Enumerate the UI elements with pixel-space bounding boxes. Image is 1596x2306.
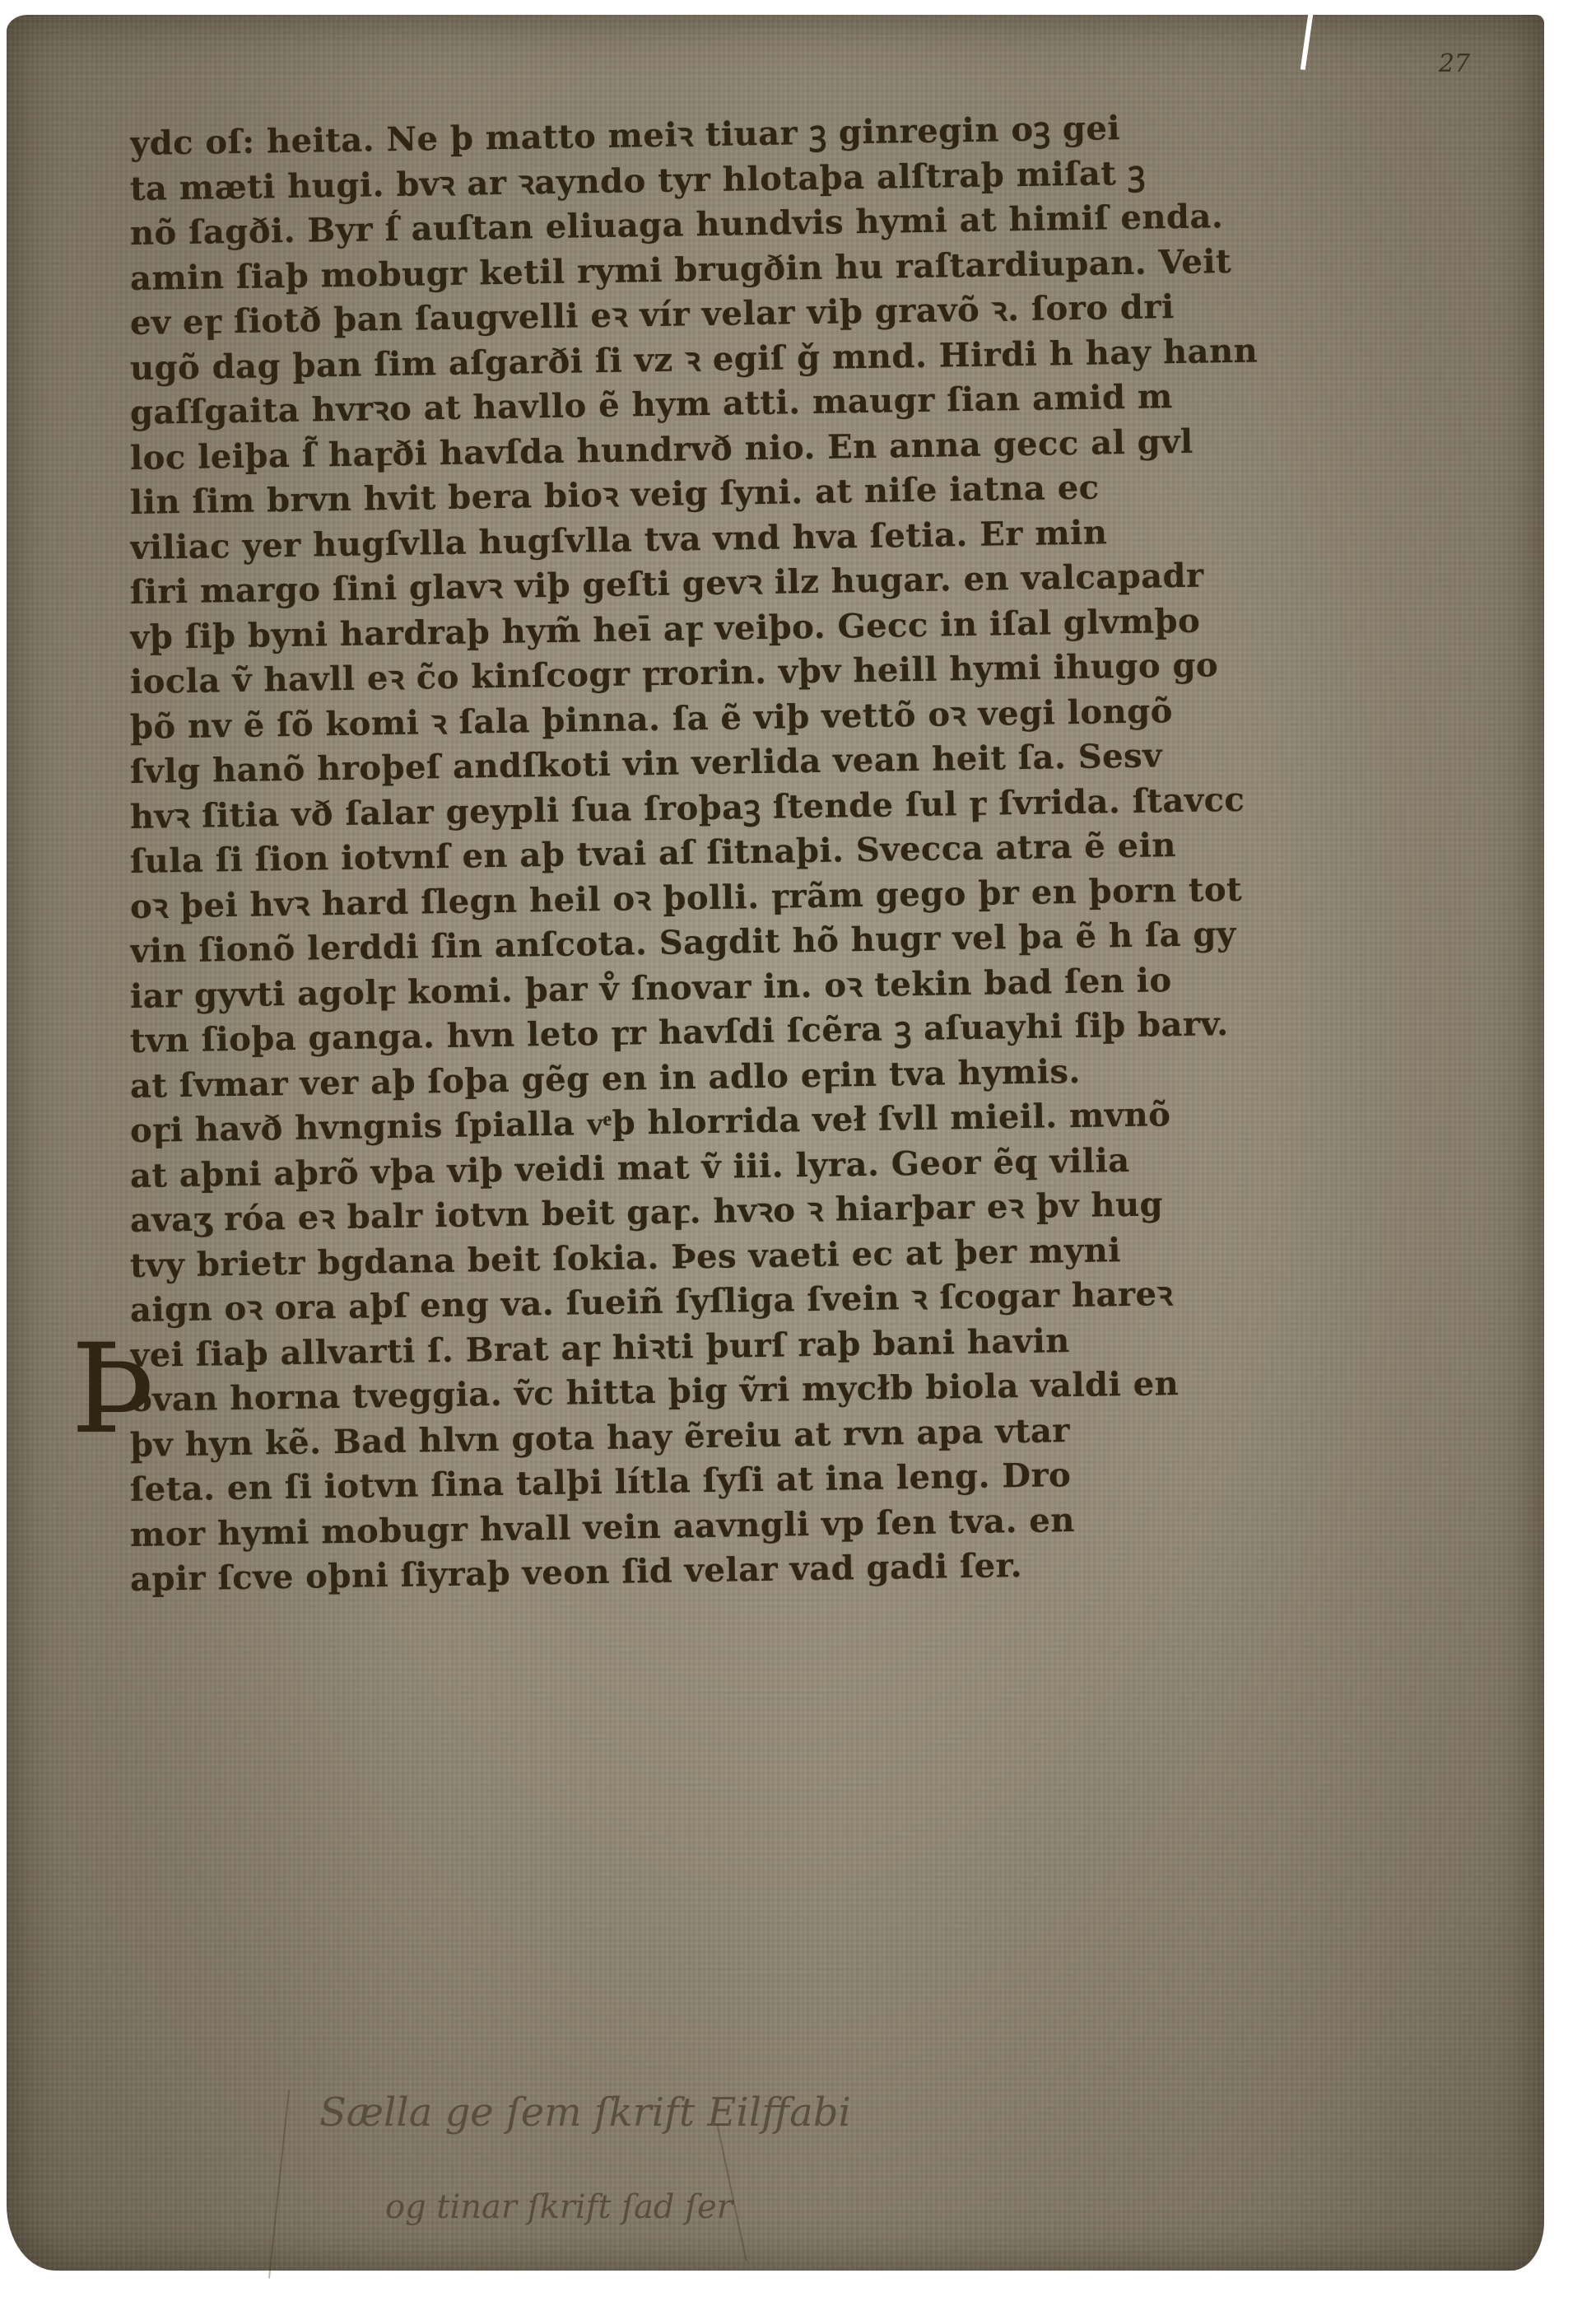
crease-mark	[268, 2090, 290, 2279]
manuscript-page: 27 Þ ydc oſ: heita. Ne þ matto meiꝛ tiua…	[7, 15, 1544, 2271]
manuscript-text-block: ydc oſ: heita. Ne þ matto meiꝛ tiuar ꝫ g…	[130, 122, 1480, 1603]
folio-number: 27	[1439, 49, 1470, 78]
marginalia-line-2: og tinar ſkrift ſad ſer	[385, 2188, 733, 2226]
marginalia-line-1: Sælla ge ſem ſkrift Eilffabi	[319, 2089, 851, 2136]
